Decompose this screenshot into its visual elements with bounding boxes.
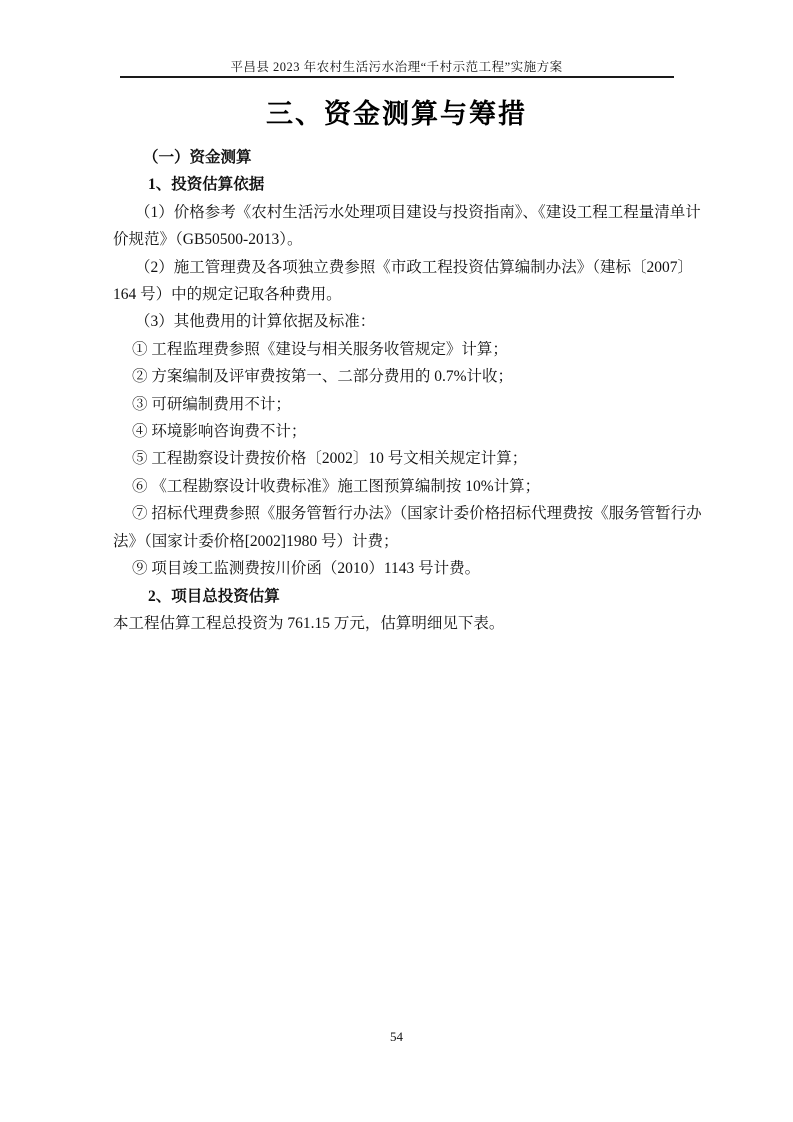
body-line: 164 号）中的规定记取各种费用。 <box>113 281 677 308</box>
list-item: ① 工程监理费参照《建设与相关服务收管规定》计算； <box>113 336 677 363</box>
document-title: 三、资金测算与筹措 <box>0 92 793 131</box>
body-line: （1）价格参考《农村生活污水处理项目建设与投资指南》、《建设工程工程量清单计 <box>113 199 677 226</box>
list-item: ② 方案编制及评审费按第一、二部分费用的 0.7%计收； <box>113 363 677 390</box>
list-item: ⑨ 项目竣工监测费按川价函（2010）1143 号计费。 <box>113 555 677 582</box>
section-heading: （一）资金测算 <box>113 144 677 171</box>
subsection-heading: 1、投资估算依据 <box>113 171 677 198</box>
header-rule <box>120 76 674 78</box>
list-item: ④ 环境影响咨询费不计； <box>113 418 677 445</box>
body-line: 价规范》（GB50500-2013）。 <box>113 226 677 253</box>
list-item: ③ 可研编制费用不计； <box>113 391 677 418</box>
body-line: （2）施工管理费及各项独立费参照《市政工程投资估算编制办法》（建标〔2007〕 <box>113 254 677 281</box>
list-item: ⑦ 招标代理费参照《服务管暂行办法》（国家计委价格招标代理费按《服务管暂行办 <box>113 500 677 527</box>
body-line: 本工程估算工程总投资为 761.15 万元，估算明细见下表。 <box>113 610 677 637</box>
subsection-heading: 2、项目总投资估算 <box>113 583 677 610</box>
document-page: 平昌县 2023 年农村生活污水治理“千村示范工程”实施方案 三、资金测算与筹措… <box>0 0 793 1122</box>
running-header: 平昌县 2023 年农村生活污水治理“千村示范工程”实施方案 <box>0 57 793 75</box>
page-number: 54 <box>0 1029 793 1045</box>
list-item: ⑤ 工程勘察设计费按价格〔2002〕10 号文相关规定计算； <box>113 445 677 472</box>
body-line: （3）其他费用的计算依据及标准： <box>113 308 677 335</box>
body-line: 法》（国家计委价格[2002]1980 号）计费； <box>113 528 677 555</box>
list-item: ⑥ 《工程勘察设计收费标准》施工图预算编制按 10%计算； <box>113 473 677 500</box>
document-body: （一）资金测算 1、投资估算依据 （1）价格参考《农村生活污水处理项目建设与投资… <box>113 144 677 637</box>
